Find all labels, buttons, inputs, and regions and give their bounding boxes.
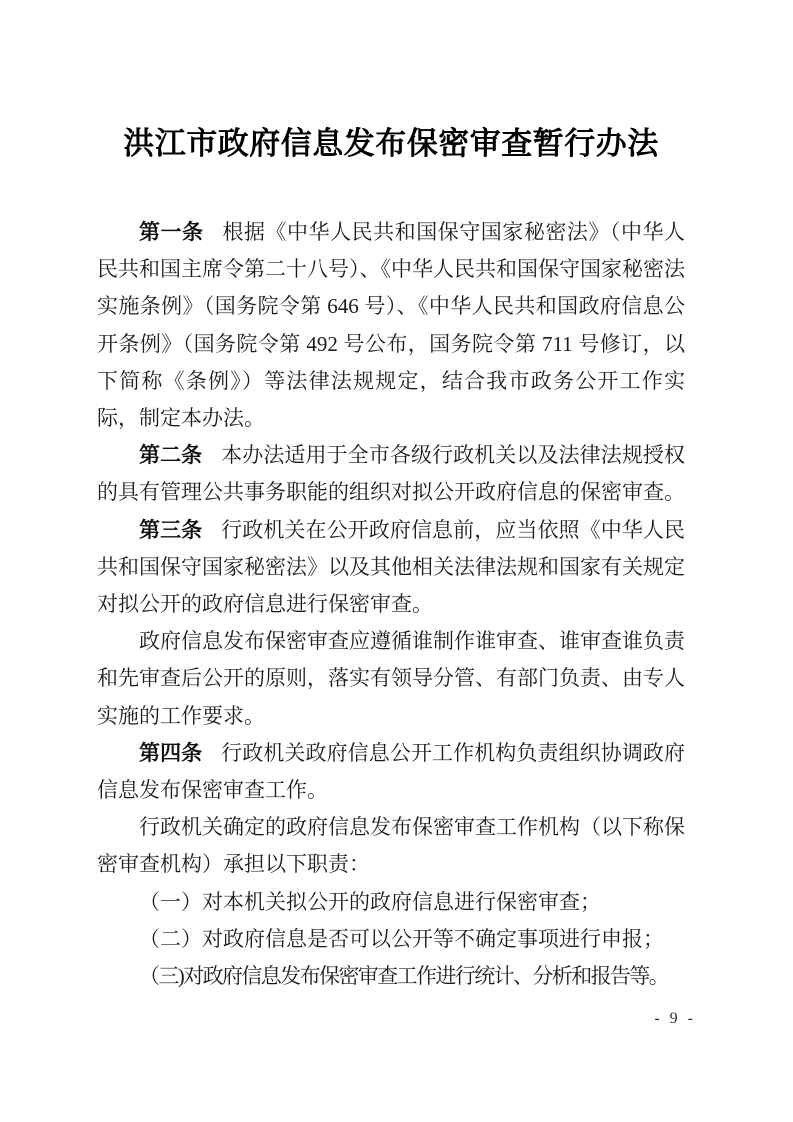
paragraph-text: 行政机关确定的政府信息发布保密审查工作机构（以下称保密审查机构）承担以下职责： xyxy=(97,815,685,876)
document-body: 洪江市政府信息发布保密审查暂行办法 第一条根据《中华人民共和国保守国家秘密法》（… xyxy=(97,0,685,995)
article-number: 第二条 xyxy=(139,443,202,467)
document-content: 第一条根据《中华人民共和国保守国家秘密法》（中华人民共和国主席令第二十八号）、《… xyxy=(97,214,685,995)
document-title: 洪江市政府信息发布保密审查暂行办法 xyxy=(97,121,685,167)
paragraph-article-3-continuation: 政府信息发布保密审查应遵循谁制作谁审查、谁审查谁负责和先审查后公开的原则，落实有… xyxy=(97,623,685,735)
article-number: 第一条 xyxy=(139,220,204,244)
article-number: 第四条 xyxy=(139,741,202,765)
paragraph-article-4-continuation: 行政机关确定的政府信息发布保密审查工作机构（以下称保密审查机构）承担以下职责： xyxy=(97,809,685,883)
article-number: 第三条 xyxy=(139,518,202,542)
document-page: 洪江市政府信息发布保密审查暂行办法 第一条根据《中华人民共和国保守国家秘密法》（… xyxy=(0,0,793,1122)
paragraph-text: 根据《中华人民共和国保守国家秘密法》（中华人民共和国主席令第二十八号）、《中华人… xyxy=(97,220,685,430)
paragraph-article-3: 第三条行政机关在公开政府信息前，应当依照《中华人民共和国保守国家秘密法》以及其他… xyxy=(97,512,685,624)
list-item-2: （二）对政府信息是否可以公开等不确定事项进行申报； xyxy=(97,921,685,958)
paragraph-article-2: 第二条本办法适用于全市各级行政机关以及法律法规授权的具有管理公共事务职能的组织对… xyxy=(97,437,685,511)
list-item-text: （二）对政府信息是否可以公开等不确定事项进行申报； xyxy=(139,927,664,951)
paragraph-text: 政府信息发布保密审查应遵循谁制作谁审查、谁审查谁负责和先审查后公开的原则，落实有… xyxy=(97,629,685,727)
list-item-3: （三)对政府信息发布保密审查工作进行统计、分析和报告等。 xyxy=(97,958,685,995)
list-item-text: （三)对政府信息发布保密审查工作进行统计、分析和报告等。 xyxy=(139,964,668,988)
paragraph-article-4: 第四条行政机关政府信息公开工作机构负责组织协调政府信息发布保密审查工作。 xyxy=(97,735,685,809)
list-item-1: （一）对本机关拟公开的政府信息进行保密审查； xyxy=(97,884,685,921)
page-number: - 9 - xyxy=(654,1008,696,1030)
list-item-text: （一）对本机关拟公开的政府信息进行保密审查； xyxy=(139,890,601,914)
paragraph-article-1: 第一条根据《中华人民共和国保守国家秘密法》（中华人民共和国主席令第二十八号）、《… xyxy=(97,214,685,437)
